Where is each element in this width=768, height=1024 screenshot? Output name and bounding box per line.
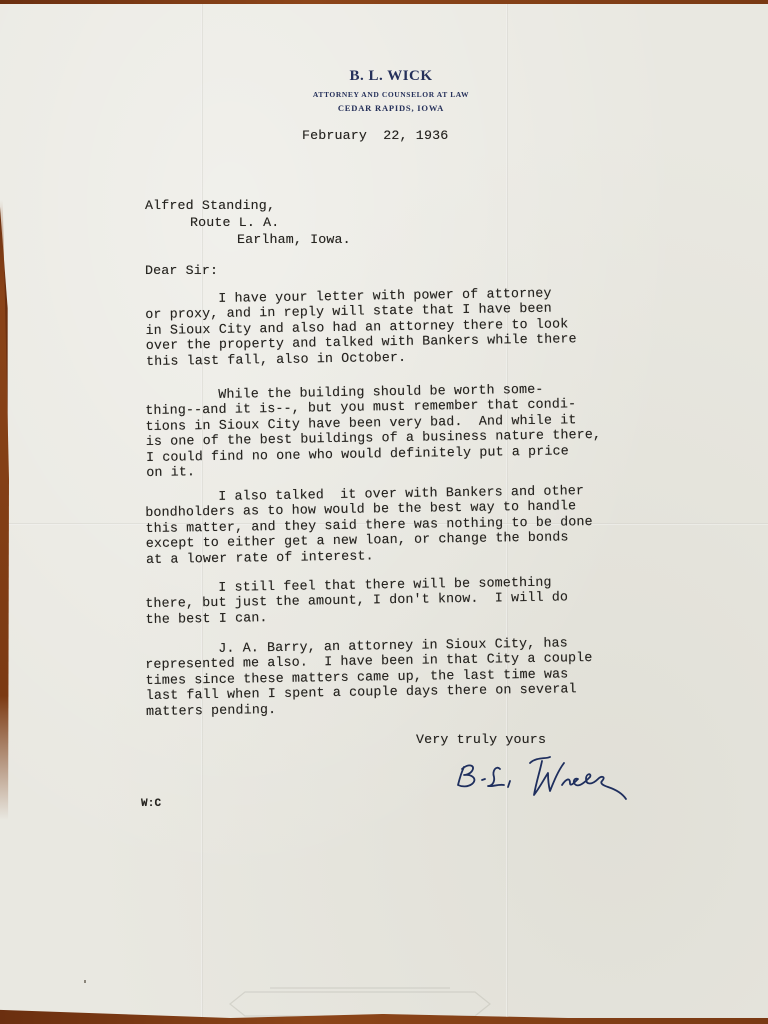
photo-stage: B. L. WICK ATTORNEY AND COUNSELOR AT LAW… xyxy=(0,0,768,1024)
watermark-emblem-icon xyxy=(210,984,510,1020)
body-paragraph: While the building should be worth some-… xyxy=(145,381,602,481)
body-paragraph: I have your letter with power of attorne… xyxy=(145,285,577,369)
recipient-city: Earlham, Iowa. xyxy=(237,232,351,247)
recipient-route: Route L. A. xyxy=(190,215,279,230)
handwritten-signature: B. L. Wick xyxy=(452,749,642,809)
typist-initials: W:C xyxy=(141,797,161,812)
salutation: Dear Sir: xyxy=(145,263,218,278)
letterhead-title: ATTORNEY AND COUNSELOR AT LAW xyxy=(14,90,768,99)
body-paragraph: I also talked it over with Bankers and o… xyxy=(145,483,593,567)
signature-icon xyxy=(452,749,642,809)
letter-paper: B. L. WICK ATTORNEY AND COUNSELOR AT LAW… xyxy=(0,4,768,1018)
body-paragraph: J. A. Barry, an attorney in Sioux City, … xyxy=(145,635,593,719)
letterhead-city: CEDAR RAPIDS, IOWA xyxy=(14,103,768,113)
closing: Very truly yours xyxy=(416,732,546,747)
letterhead-name: B. L. WICK xyxy=(14,68,768,85)
letter-date: February 22, 1936 xyxy=(302,128,448,143)
body-paragraph: I still feel that there will be somethin… xyxy=(145,574,568,627)
recipient-name: Alfred Standing, xyxy=(145,198,275,213)
signature-text: B. L. Wick xyxy=(452,749,457,750)
paper-speck xyxy=(84,980,86,983)
